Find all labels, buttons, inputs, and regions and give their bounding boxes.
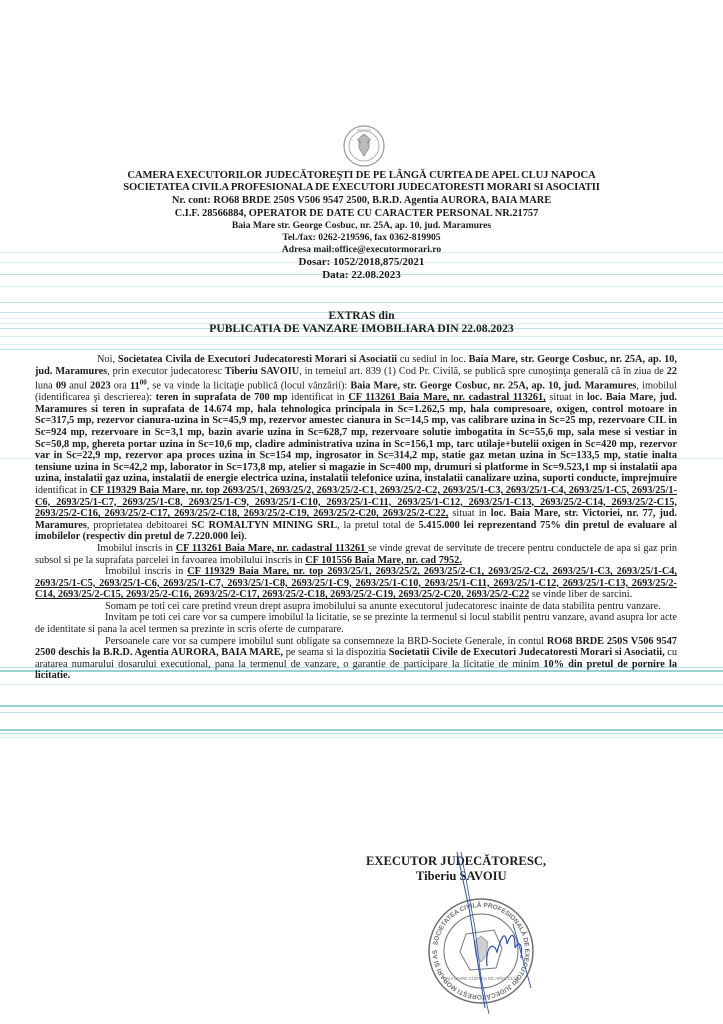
bank-account: Nr. cont: RO68 BRDE 250S V506 9547 2500,…	[0, 194, 723, 207]
phone-fax: Tel./fax: 0262-219596, fax 0362-819905	[0, 232, 723, 244]
office-address: Baia Mare str. George Cosbuc, nr. 25A, a…	[0, 220, 723, 232]
title-line-2: PUBLICATIA DE VANZARE IMOBILIARA DIN 22.…	[0, 322, 723, 335]
document-title: EXTRAS din PUBLICATIA DE VANZARE IMOBILI…	[0, 309, 723, 335]
land-registry-ref-113261: CF 113261 Baia Mare, nr. cadastral 11326…	[348, 392, 545, 403]
case-number: Dosar: 1052/2018,875/2021	[0, 256, 723, 269]
sale-announcement-paragraph: Noi, Societatea Civila de Executori Jude…	[35, 354, 677, 543]
fiscal-code: C.I.F. 28566884, OPERATOR DE DATE CU CAR…	[0, 207, 723, 220]
email-address: Adresa mail:office@executormorari.ro	[0, 244, 723, 256]
chamber-name: CAMERA EXECUTORILOR JUDECĂTOREŞTI DE PE …	[0, 170, 723, 182]
svg-text:ROMÂNIA: ROMÂNIA	[357, 127, 372, 132]
romania-coat-of-arms-emblem: ROMÂNIA	[342, 124, 386, 168]
company-name: SOCIETATEA CIVILA PROFESIONALA DE EXECUT…	[0, 182, 723, 194]
document-date: Data: 22.08.2023	[0, 269, 723, 282]
handwritten-signature	[445, 848, 565, 1018]
title-line-1: EXTRAS din	[0, 309, 723, 322]
letterhead: CAMERA EXECUTORILOR JUDECĂTOREŞTI DE PE …	[0, 170, 723, 282]
free-of-charges-paragraph: Imobilul inscris in CF 119329 Baia Mare,…	[35, 566, 677, 601]
deposit-paragraph: Persoanele care vor sa cumpere imobilul …	[35, 636, 677, 682]
summons-paragraph: Somam pe toti cei care pretind vreun dre…	[35, 601, 677, 613]
main-paragraph: Noi, Societatea Civila de Executori Jude…	[35, 354, 677, 682]
invitation-paragraph: Invitam pe toti cei care vor sa cumpere …	[35, 612, 677, 635]
easement-paragraph: Imobilul inscris in CF 113261 Baia Mare,…	[35, 543, 677, 566]
